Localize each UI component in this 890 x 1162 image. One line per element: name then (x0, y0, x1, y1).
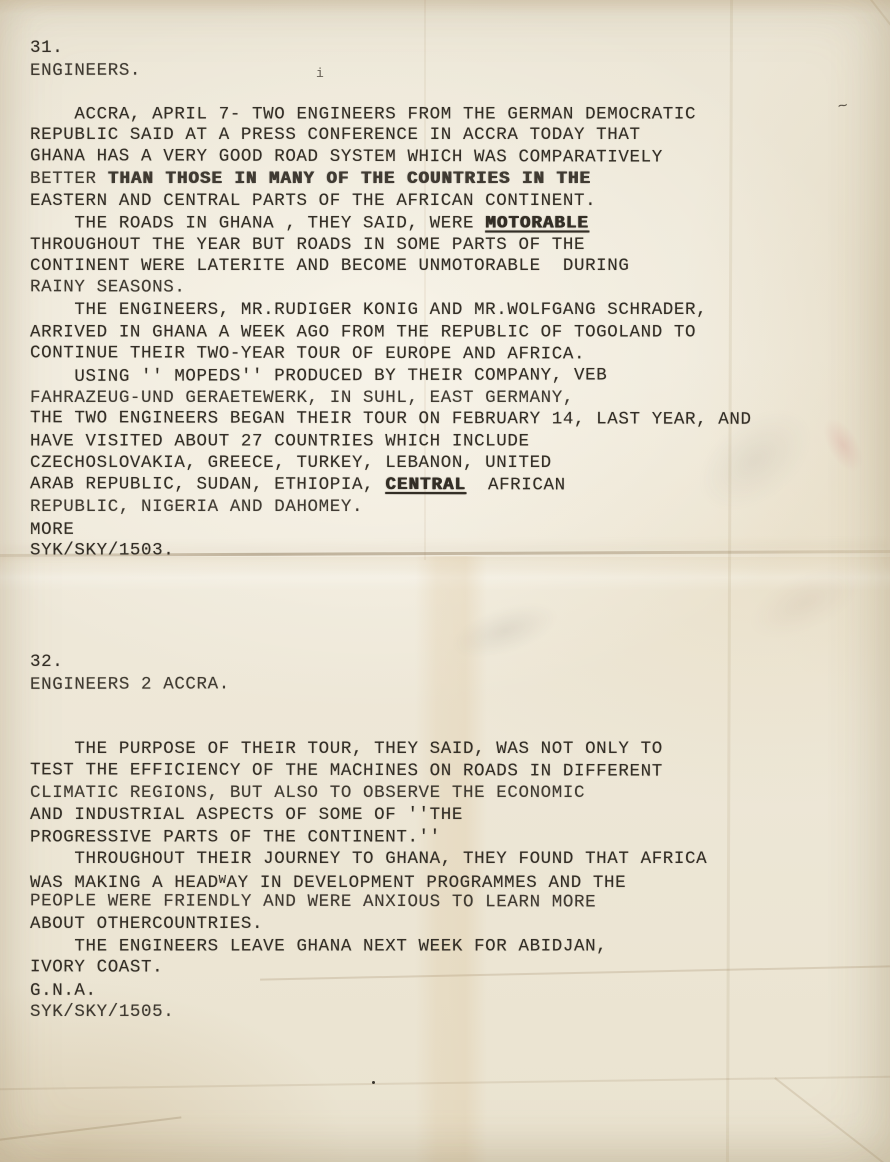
text-segment: REPUBLIC, NIGERIA AND DAHOMEY. (30, 497, 363, 517)
line-signoff: SYK/SKY/1503. (30, 541, 752, 563)
line-body: GHANA HAS A VERY GOOD ROAD SYSTEM WHICH … (30, 146, 752, 169)
text-segment: PEOPLE WERE FRIENDLY AND WERE ANXIOUS TO… (30, 892, 596, 913)
line-body: CZECHOSLOVAKIA, GREECE, TURKEY, LEBANON,… (30, 453, 752, 475)
text-segment: FAHRAZEUG-UND GERAETEWERK, IN SUHL, EAST… (30, 388, 574, 408)
paper-crease-bottom-right (774, 1077, 886, 1162)
ghost-ink-impression (739, 552, 871, 653)
line-signoff: G.N.A. (30, 979, 707, 1003)
text-segment: CONTINUE THEIR TWO-YEAR TOUR OF EUROPE A… (30, 343, 585, 364)
line-body: RAINY SEASONS. (30, 278, 752, 301)
text-segment: CZECHOSLOVAKIA, GREECE, TURKEY, LEBANON,… (30, 453, 552, 473)
text-segment: THAN THOSE IN MANY OF THE COUNTRIES IN T… (108, 169, 591, 189)
text-segment: SYK/SKY/1505. (30, 1002, 174, 1022)
line-body: ARAB REPUBLIC, SUDAN, ETHIOPIA, CENTRAL … (30, 474, 752, 497)
line-body: THE ENGINEERS, MR.RUDIGER KONIG AND MR.W… (30, 300, 752, 322)
pencil-squiggle-icon: ~ (836, 97, 850, 118)
text-segment: ABOUT OTHERCOUNTRIES. (30, 914, 263, 934)
text-segment: CLIMATIC REGIONS, BUT ALSO TO OBSERVE TH… (30, 783, 585, 803)
line-body: THROUGHOUT THE YEAR BUT ROADS IN SOME PA… (30, 235, 752, 257)
line-body: PROGRESSIVE PARTS OF THE CONTINENT.'' (30, 827, 707, 849)
text-segment: USING '' MOPEDS'' PRODUCED BY THEIR COMP… (30, 365, 607, 387)
text-segment: CONTINENT WERE LATERITE AND BECOME UNMOT… (30, 256, 630, 276)
line-body: REPUBLIC, NIGERIA AND DAHOMEY. (30, 497, 752, 519)
line-story-number: 31. (30, 38, 752, 60)
line-body: ABOUT OTHERCOUNTRIES. (30, 914, 707, 936)
text-segment: AY IN DEVELOPMENT PROGRAMMES AND THE (227, 873, 627, 893)
line-body: CONTINUE THEIR TWO-YEAR TOUR OF EUROPE A… (30, 343, 752, 366)
line-body: FAHRAZEUG-UND GERAETEWERK, IN SUHL, EAST… (30, 388, 752, 410)
text-segment: 32. (30, 652, 63, 672)
text-segment: BETTER (30, 169, 108, 189)
line-slug: ENGINEERS 2 ACCRA. (30, 673, 707, 697)
text-segment: ARAB REPUBLIC, SUDAN, ETHIOPIA, (30, 474, 385, 495)
line-blank (30, 718, 707, 740)
line-body: ARRIVED IN GHANA A WEEK AGO FROM THE REP… (30, 322, 752, 344)
text-segment: MORE (30, 519, 74, 539)
paper-crease-top-right (861, 0, 890, 51)
typewritten-page: 31.ENGINEERS. ACCRA, APRIL 7- TWO ENGINE… (0, 0, 890, 1162)
text-segment: THE ENGINEERS, MR.RUDIGER KONIG AND MR.W… (30, 300, 707, 320)
text-segment: THE ROADS IN GHANA , THEY SAID, WERE (30, 213, 485, 233)
line-signoff: SYK/SKY/1505. (30, 1002, 707, 1024)
line-body: AND INDUSTRIAL ASPECTS OF SOME OF ''THE (30, 805, 707, 827)
text-segment: THE TWO ENGINEERS BEGAN THEIR TOUR ON FE… (30, 409, 752, 431)
text-segment: THROUGHOUT THEIR JOURNEY TO GHANA, THEY … (30, 849, 707, 869)
stray-typed-mark: i (316, 66, 324, 81)
text-segment: W (219, 873, 227, 887)
paper-crease-bottom-left (0, 1116, 181, 1141)
text-segment: IVORY COAST. (30, 957, 163, 977)
line-body: REPUBLIC SAID AT A PRESS CONFERENCE IN A… (30, 125, 752, 147)
text-segment: RAINY SEASONS. (30, 278, 185, 298)
line-body: THE TWO ENGINEERS BEGAN THEIR TOUR ON FE… (30, 409, 752, 432)
line-blank (30, 695, 707, 718)
line-body: HAVE VISITED ABOUT 27 COUNTRIES WHICH IN… (30, 432, 752, 454)
text-segment: AFRICAN (466, 475, 566, 495)
text-segment: ARRIVED IN GHANA A WEEK AGO FROM THE REP… (30, 322, 696, 342)
text-segment: G.N.A. (30, 980, 97, 1000)
line-body: THE ENGINEERS LEAVE GHANA NEXT WEEK FOR … (30, 936, 707, 958)
line-body: THROUGHOUT THEIR JOURNEY TO GHANA, THEY … (30, 849, 707, 871)
text-segment: TEST THE EFFICIENCY OF THE MACHINES ON R… (30, 761, 663, 782)
text-segment: CENTRAL (385, 475, 466, 495)
line-body: USING '' MOPEDS'' PRODUCED BY THEIR COMP… (30, 365, 752, 389)
text-segment: ENGINEERS 2 ACCRA. (30, 674, 230, 695)
line-blank (30, 81, 752, 104)
text-segment: AND INDUSTRIAL ASPECTS OF SOME OF ''THE (30, 805, 463, 825)
text-segment: GHANA HAS A VERY GOOD ROAD SYSTEM WHICH … (30, 146, 663, 167)
text-segment: PROGRESSIVE PARTS OF THE CONTINENT.'' (30, 827, 441, 847)
line-body: THE PURPOSE OF THEIR TOUR, THEY SAID, WA… (30, 739, 707, 761)
text-segment: THE ENGINEERS LEAVE GHANA NEXT WEEK FOR … (30, 936, 607, 956)
text-segment: ACCRA, APRIL 7- TWO ENGINEERS FROM THE G… (30, 104, 696, 124)
line-signoff: MORE (30, 518, 752, 542)
ink-speck (372, 1081, 375, 1084)
line-slug: ENGINEERS. (30, 59, 752, 83)
text-segment: HAVE VISITED ABOUT 27 COUNTRIES WHICH IN… (30, 432, 530, 452)
line-body: THE ROADS IN GHANA , THEY SAID, WERE MOT… (30, 213, 752, 235)
line-body: CLIMATIC REGIONS, BUT ALSO TO OBSERVE TH… (30, 783, 707, 805)
text-segment: 31. (30, 38, 63, 58)
text-segment: ENGINEERS. (30, 60, 141, 80)
line-body: WAS MAKING A HEADWAY IN DEVELOPMENT PROG… (30, 870, 707, 892)
line-body: PEOPLE WERE FRIENDLY AND WERE ANXIOUS TO… (30, 892, 707, 915)
line-body: BETTER THAN THOSE IN MANY OF THE COUNTRI… (30, 169, 752, 191)
text-segment: THROUGHOUT THE YEAR BUT ROADS IN SOME PA… (30, 235, 585, 255)
text-segment: MOTORABLE (485, 213, 589, 233)
story-32-engineers-2-accra: 32.ENGINEERS 2 ACCRA. THE PURPOSE OF THE… (30, 652, 707, 1023)
line-body: EASTERN AND CENTRAL PARTS OF THE AFRICAN… (30, 191, 752, 213)
story-31-engineers: 31.ENGINEERS. ACCRA, APRIL 7- TWO ENGINE… (30, 38, 752, 562)
line-body: TEST THE EFFICIENCY OF THE MACHINES ON R… (30, 761, 707, 784)
line-body: ACCRA, APRIL 7- TWO ENGINEERS FROM THE G… (30, 104, 752, 126)
text-segment: SYK/SKY/1503. (30, 541, 174, 561)
faint-red-smudge (815, 412, 871, 479)
text-segment: REPUBLIC SAID AT A PRESS CONFERENCE IN A… (30, 125, 641, 145)
text-segment: EASTERN AND CENTRAL PARTS OF THE AFRICAN… (30, 191, 596, 211)
text-segment: THE PURPOSE OF THEIR TOUR, THEY SAID, WA… (30, 739, 663, 759)
line-body: CONTINENT WERE LATERITE AND BECOME UNMOT… (30, 256, 752, 278)
line-body: IVORY COAST. (30, 957, 707, 980)
paper-crease-bottom-2 (0, 1076, 890, 1091)
line-story-number: 32. (30, 652, 707, 674)
